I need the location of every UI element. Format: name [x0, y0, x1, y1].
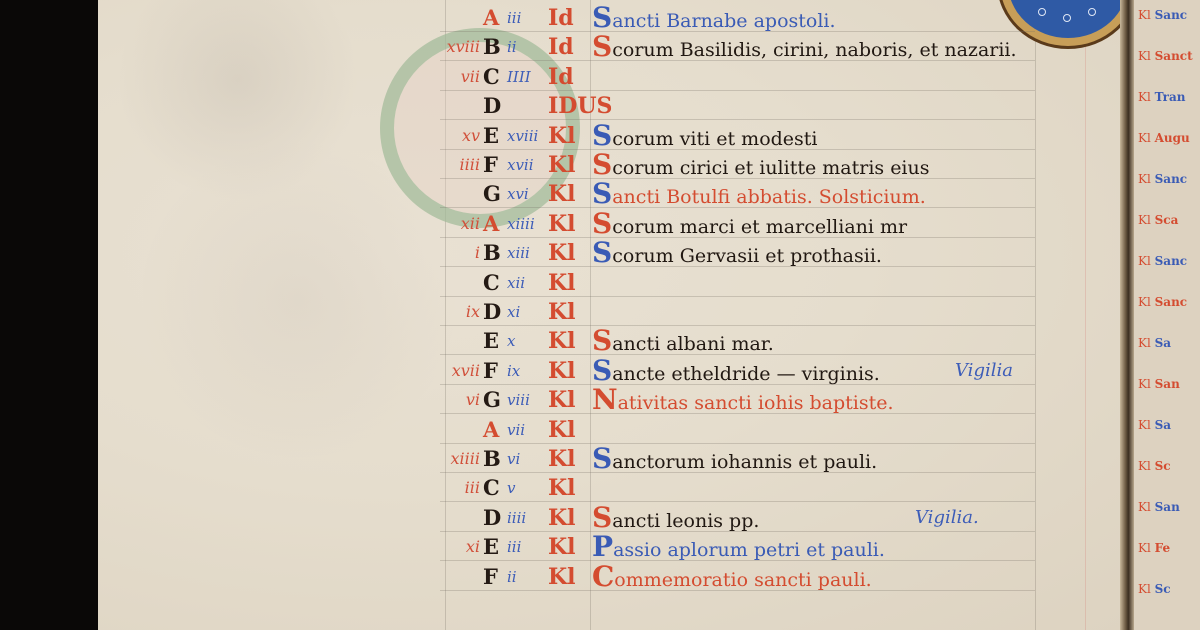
calendar-row: AviiKl [0, 417, 1200, 443]
facing-page-text: Kl Sc [1138, 459, 1171, 473]
kalends-marker: Kl [548, 505, 575, 531]
feast-initial: S [592, 177, 612, 210]
kalends-marker: Kl [548, 181, 575, 207]
roman-day-count: ii [507, 564, 517, 590]
facing-kal-marker: Kl [1138, 500, 1155, 514]
facing-feast-fragment: Augu [1155, 131, 1190, 145]
feast-initial: S [592, 442, 612, 475]
facing-page-text: Kl Tran [1138, 90, 1186, 104]
dominical-letter: E [483, 534, 499, 560]
calendar-row: AiiiIdSancti Barnabe apostoli. [0, 5, 1200, 31]
feast-initial: S [592, 501, 612, 534]
ruling-line [440, 90, 1035, 91]
feast-entry: Sancti leonis pp. [592, 505, 759, 534]
feast-initial: C [592, 560, 614, 593]
calendar-row: ExKlSancti albani mar. [0, 328, 1200, 354]
facing-feast-fragment: Sanct [1155, 49, 1193, 63]
feast-text: corum Basilidis, cirini, naboris, et naz… [612, 39, 1016, 61]
roman-day-count: xi [507, 299, 520, 325]
facing-feast-fragment: Sc [1155, 582, 1171, 596]
golden-number: i [430, 240, 480, 266]
kalends-marker: Kl [548, 240, 575, 266]
feast-entry: Passio aplorum petri et pauli. [592, 534, 885, 563]
feast-entry: Scorum Gervasii et prothasii. [592, 240, 882, 269]
kalends-marker: Id [548, 5, 574, 31]
calendar-row: xviiFixKlSancte etheldride — virginis.Vi… [0, 358, 1200, 384]
dominical-letter: G [483, 387, 501, 413]
facing-kal-marker: Kl [1138, 336, 1155, 350]
dominical-letter: F [483, 152, 498, 178]
dominical-letter: D [483, 505, 501, 531]
kalends-marker: Kl [548, 299, 575, 325]
facing-kal-marker: Kl [1138, 172, 1155, 186]
facing-page-text: Kl Sanc [1138, 8, 1187, 22]
feast-text: corum cirici et iulitte matris eius [612, 157, 929, 179]
facing-feast-fragment: Sa [1155, 336, 1171, 350]
facing-kal-marker: Kl [1138, 295, 1155, 309]
ruling-line [440, 413, 1035, 414]
feast-entry: Sancte etheldride — virginis. [592, 358, 880, 387]
ruling-line [440, 560, 1035, 561]
dominical-letter: A [483, 417, 499, 443]
kalends-marker: Kl [548, 123, 575, 149]
feast-initial: S [592, 1, 612, 34]
golden-number: xi [430, 534, 480, 560]
kalends-marker: Kl [548, 475, 575, 501]
dominical-letter: C [483, 64, 500, 90]
dominical-letter: D [483, 93, 501, 119]
facing-kal-marker: Kl [1138, 541, 1155, 555]
feast-initial: S [592, 119, 612, 152]
feast-text: ancti albani mar. [612, 333, 774, 355]
dominical-letter: E [483, 123, 499, 149]
kalends-marker: Kl [548, 387, 575, 413]
ruling-line [440, 207, 1035, 208]
golden-number: xvii [430, 358, 480, 384]
facing-page-text: Kl Sanct [1138, 49, 1193, 63]
calendar-row: GxviKlSancti Botulfi abbatis. Solsticium… [0, 181, 1200, 207]
roman-day-count: xii [507, 270, 525, 296]
feast-entry: Sancti Botulfi abbatis. Solsticium. [592, 181, 926, 210]
calendar-row: viiCIIIIId [0, 64, 1200, 90]
dominical-letter: A [483, 5, 499, 31]
golden-number: xii [430, 211, 480, 237]
kalends-marker: Kl [548, 211, 575, 237]
calendar-row: xiiAxiiiiKlScorum marci et marcelliani m… [0, 211, 1200, 237]
dominical-letter: F [483, 358, 498, 384]
kalends-marker: Id [548, 64, 574, 90]
roman-day-count: iiii [507, 505, 526, 531]
ruling-line [440, 237, 1035, 238]
dominical-letter: B [483, 446, 501, 472]
facing-page-text: Kl Sanc [1138, 254, 1187, 268]
kalends-marker: Kl [548, 358, 575, 384]
facing-page-text: Kl Sc [1138, 582, 1171, 596]
feast-text: ancti Botulfi abbatis. Solsticium. [612, 186, 926, 208]
golden-number: vii [430, 64, 480, 90]
feast-entry: Sancti Barnabe apostoli. [592, 5, 836, 34]
roman-day-count: ix [507, 358, 520, 384]
ruling-line [440, 472, 1035, 473]
feast-initial: S [592, 324, 612, 357]
feast-entry: Nativitas sancti iohis baptiste. [592, 387, 894, 416]
roman-day-count: xviii [507, 123, 538, 149]
facing-page-edge: Kl SancKl SanctKl TranKl AuguKl SancKl S… [1134, 0, 1200, 630]
facing-feast-fragment: Sca [1155, 213, 1179, 227]
roman-day-count: xiiii [507, 211, 535, 237]
feast-text: ancti leonis pp. [612, 510, 759, 532]
facing-page-text: Kl Fe [1138, 541, 1170, 555]
kalends-marker: Kl [548, 417, 575, 443]
facing-kal-marker: Kl [1138, 582, 1155, 596]
facing-page-text: Kl Sanc [1138, 172, 1187, 186]
calendar-row: iiiiFxviiKlScorum cirici et iulitte matr… [0, 152, 1200, 178]
calendar-row: xiEiiiKlPassio aplorum petri et pauli. [0, 534, 1200, 560]
feast-initial: P [592, 530, 613, 563]
book-gutter [1120, 0, 1134, 630]
facing-feast-fragment: Sanc [1155, 254, 1187, 268]
feast-entry: Scorum viti et modesti [592, 123, 818, 152]
feast-text: ancte etheldride — virginis. [612, 363, 880, 385]
facing-page-text: Kl San [1138, 377, 1180, 391]
feast-entry: Scorum cirici et iulitte matris eius [592, 152, 930, 181]
kalends-marker: Kl [548, 270, 575, 296]
feast-initial: S [592, 30, 612, 63]
facing-kal-marker: Kl [1138, 49, 1155, 63]
ruling-line [440, 60, 1035, 61]
calendar-row: iBxiiiKlScorum Gervasii et prothasii. [0, 240, 1200, 266]
dominical-letter: C [483, 475, 500, 501]
calendar-row: CxiiKl [0, 270, 1200, 296]
facing-feast-fragment: Tran [1155, 90, 1186, 104]
roman-day-count: xvi [507, 181, 529, 207]
roman-day-count: ii [507, 34, 517, 60]
facing-page-text: Kl Sa [1138, 336, 1171, 350]
kalends-marker: Kl [548, 564, 575, 590]
facing-page-text: Kl Augu [1138, 131, 1190, 145]
calendar-row: xviiiBiiIdScorum Basilidis, cirini, nabo… [0, 34, 1200, 60]
calendar-row: xiiiiBviKlSanctorum iohannis et pauli. [0, 446, 1200, 472]
golden-number: iii [430, 475, 480, 501]
calendar-row: viGviiiKlNativitas sancti iohis baptiste… [0, 387, 1200, 413]
facing-feast-fragment: Sanc [1155, 8, 1187, 22]
facing-kal-marker: Kl [1138, 377, 1155, 391]
calendar-row: iiiCvKl [0, 475, 1200, 501]
feast-text: corum Gervasii et prothasii. [612, 245, 882, 267]
ruling-line [440, 443, 1035, 444]
kalends-marker: Kl [548, 534, 575, 560]
feast-entry: Scorum marci et marcelliani mr [592, 211, 907, 240]
ruling-line [440, 384, 1035, 385]
feast-text: corum marci et marcelliani mr [612, 216, 907, 238]
roman-day-count: IIII [507, 64, 531, 90]
facing-feast-fragment: San [1155, 500, 1180, 514]
facing-feast-fragment: Fe [1155, 541, 1171, 555]
vigilia-note: Vigilia [955, 358, 1013, 384]
golden-number: xiiii [430, 446, 480, 472]
kalends-marker: Kl [548, 328, 575, 354]
kalends-marker: Kl [548, 446, 575, 472]
feast-initial: S [592, 354, 612, 387]
facing-kal-marker: Kl [1138, 459, 1155, 473]
facing-feast-fragment: Sanc [1155, 172, 1187, 186]
dominical-letter: C [483, 270, 500, 296]
facing-kal-marker: Kl [1138, 213, 1155, 227]
kalends-marker: Id [548, 34, 574, 60]
roman-day-count: vii [507, 417, 525, 443]
feast-text: corum viti et modesti [612, 128, 817, 150]
dominical-letter: B [483, 240, 501, 266]
facing-page-text: Kl Sanc [1138, 295, 1187, 309]
calendar-row: DIDUS [0, 93, 1200, 119]
ruling-line [440, 296, 1035, 297]
facing-feast-fragment: Sc [1155, 459, 1171, 473]
facing-kal-marker: Kl [1138, 418, 1155, 432]
facing-kal-marker: Kl [1138, 90, 1155, 104]
facing-feast-fragment: Sa [1155, 418, 1171, 432]
golden-number: iiii [430, 152, 480, 178]
feast-initial: S [592, 207, 612, 240]
kalends-marker: IDUS [548, 93, 612, 119]
ruling-line [440, 31, 1035, 32]
roman-day-count: xiii [507, 240, 530, 266]
feast-entry: Sanctorum iohannis et pauli. [592, 446, 877, 475]
feast-initial: N [592, 383, 618, 416]
facing-page-text: Kl San [1138, 500, 1180, 514]
ruling-line [440, 266, 1035, 267]
golden-number: xviii [430, 34, 480, 60]
ruling-line [440, 354, 1035, 355]
ruling-line [440, 149, 1035, 150]
golden-number: vi [430, 387, 480, 413]
facing-page-text: Kl Sca [1138, 213, 1178, 227]
roman-day-count: viii [507, 387, 530, 413]
dominical-letter: A [483, 211, 499, 237]
facing-page-text: Kl Sa [1138, 418, 1171, 432]
dominical-letter: D [483, 299, 501, 325]
dominical-letter: G [483, 181, 501, 207]
calendar-row: ixDxiKl [0, 299, 1200, 325]
calendar-row: xvExviiiKlScorum viti et modesti [0, 123, 1200, 149]
feast-text: assio aplorum petri et pauli. [613, 539, 885, 561]
ruling-line [440, 531, 1035, 532]
calendar-row: DiiiiKlSancti leonis pp.Vigilia. [0, 505, 1200, 531]
dominical-letter: E [483, 328, 499, 354]
feast-initial: S [592, 148, 612, 181]
ruling-line [440, 325, 1035, 326]
facing-kal-marker: Kl [1138, 131, 1155, 145]
feast-text: ancti Barnabe apostoli. [612, 10, 835, 32]
golden-number: ix [430, 299, 480, 325]
ruling-line [440, 501, 1035, 502]
vigilia-note: Vigilia. [915, 505, 979, 531]
roman-day-count: vi [507, 446, 520, 472]
kalends-marker: Kl [548, 152, 575, 178]
roman-day-count: xvii [507, 152, 534, 178]
calendar-row: FiiKlCommemoratio sancti pauli. [0, 564, 1200, 590]
dominical-letter: B [483, 34, 501, 60]
dominical-letter: F [483, 564, 498, 590]
feast-text: ommemoratio sancti pauli. [614, 569, 871, 591]
feast-entry: Commemoratio sancti pauli. [592, 564, 872, 593]
roman-day-count: iii [507, 534, 521, 560]
ruling-line [440, 119, 1035, 120]
ruling-line [440, 590, 1035, 591]
ruling-line [440, 178, 1035, 179]
facing-kal-marker: Kl [1138, 8, 1155, 22]
feast-text: anctorum iohannis et pauli. [612, 451, 877, 473]
feast-entry: Scorum Basilidis, cirini, naboris, et na… [592, 34, 1017, 63]
roman-day-count: v [507, 475, 515, 501]
feast-entry: Sancti albani mar. [592, 328, 774, 357]
facing-feast-fragment: Sanc [1155, 295, 1187, 309]
feast-text: ativitas sancti iohis baptiste. [618, 392, 894, 414]
facing-kal-marker: Kl [1138, 254, 1155, 268]
roman-day-count: iii [507, 5, 521, 31]
roman-day-count: x [507, 328, 515, 354]
feast-initial: S [592, 236, 612, 269]
golden-number: xv [430, 123, 480, 149]
facing-feast-fragment: San [1155, 377, 1180, 391]
